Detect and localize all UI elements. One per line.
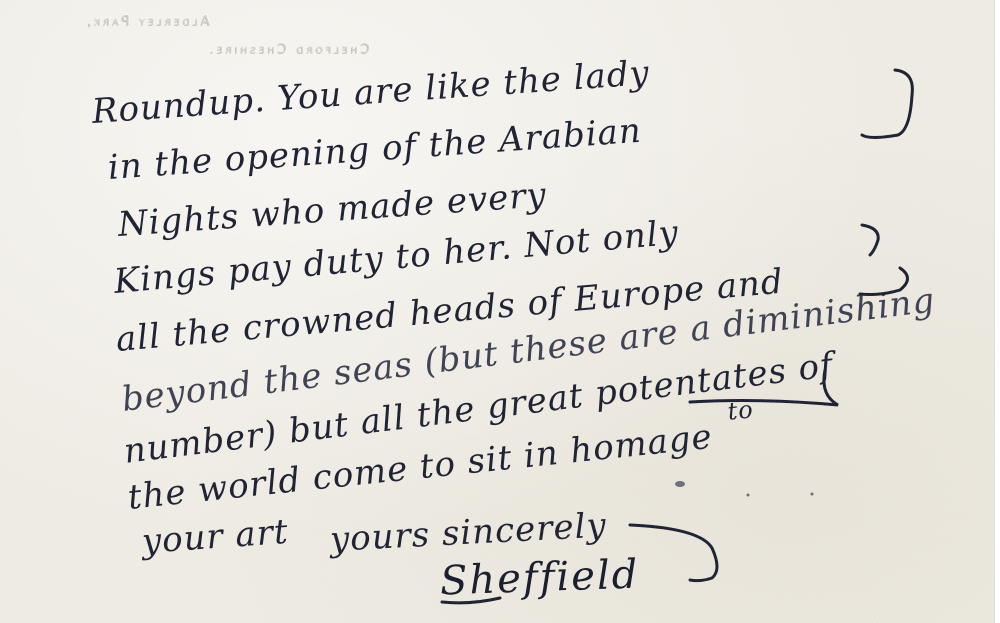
ink-blot [675, 481, 685, 487]
letter-page: Alderley Park, Chelford Cheshire. Roundu… [0, 0, 995, 623]
letterhead-line-1: Alderley Park, [40, 8, 370, 36]
closing-flourish [630, 525, 717, 581]
signature: Sheffield [439, 552, 640, 605]
ink-speck [747, 494, 750, 497]
body-line-9-text: your art [141, 512, 290, 562]
closing: yours sincerely [329, 506, 608, 560]
embossed-letterhead: Alderley Park, Chelford Cheshire. [40, 8, 370, 64]
hook-flourish-line4 [862, 225, 878, 255]
body-line-9: your art [141, 512, 290, 562]
bracket-flourish-top [862, 70, 912, 138]
inserted-word: to [726, 395, 755, 426]
closing-text: yours sincerely [329, 506, 608, 560]
ink-speck [811, 493, 814, 496]
letterhead-line-2: Chelford Cheshire. [40, 36, 370, 64]
